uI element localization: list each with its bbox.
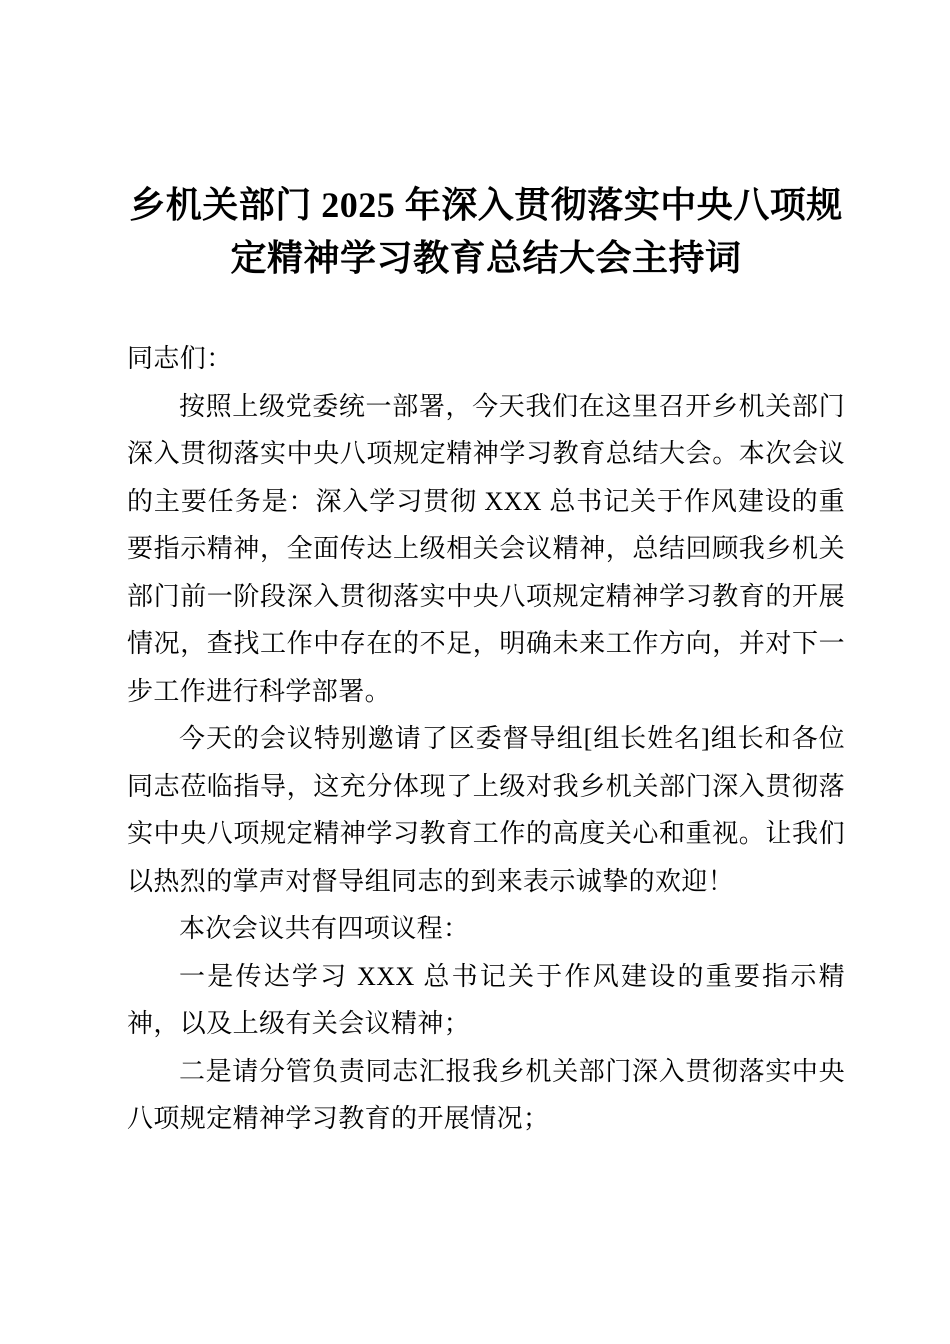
document-page: 乡机关部门 2025 年深入贯彻落实中央八项规 定精神学习教育总结大会主持词 同…	[0, 0, 950, 1344]
salutation-paragraph: 同志们：	[127, 335, 845, 383]
agenda-item-2-paragraph: 二是请分管负责同志汇报我乡机关部门深入贯彻落实中央八项规定精神学习教育的开展情况…	[127, 1048, 845, 1143]
agenda-item-1-paragraph: 一是传达学习 XXX 总书记关于作风建设的重要指示精神，以及上级有关会议精神；	[127, 953, 845, 1048]
agenda-intro-paragraph: 本次会议共有四项议程：	[127, 905, 845, 953]
document-title: 乡机关部门 2025 年深入贯彻落实中央八项规 定精神学习教育总结大会主持词	[127, 179, 845, 285]
document-title-line-1: 乡机关部门 2025 年深入贯彻落实中央八项规	[127, 179, 845, 232]
opening-paragraph: 按照上级党委统一部署，今天我们在这里召开乡机关部门深入贯彻落实中央八项规定精神学…	[127, 383, 845, 716]
document-body: 同志们： 按照上级党委统一部署，今天我们在这里召开乡机关部门深入贯彻落实中央八项…	[127, 335, 845, 1143]
document-title-line-2: 定精神学习教育总结大会主持词	[127, 232, 845, 285]
guests-welcome-paragraph: 今天的会议特别邀请了区委督导组[组长姓名]组长和各位同志莅临指导，这充分体现了上…	[127, 715, 845, 905]
